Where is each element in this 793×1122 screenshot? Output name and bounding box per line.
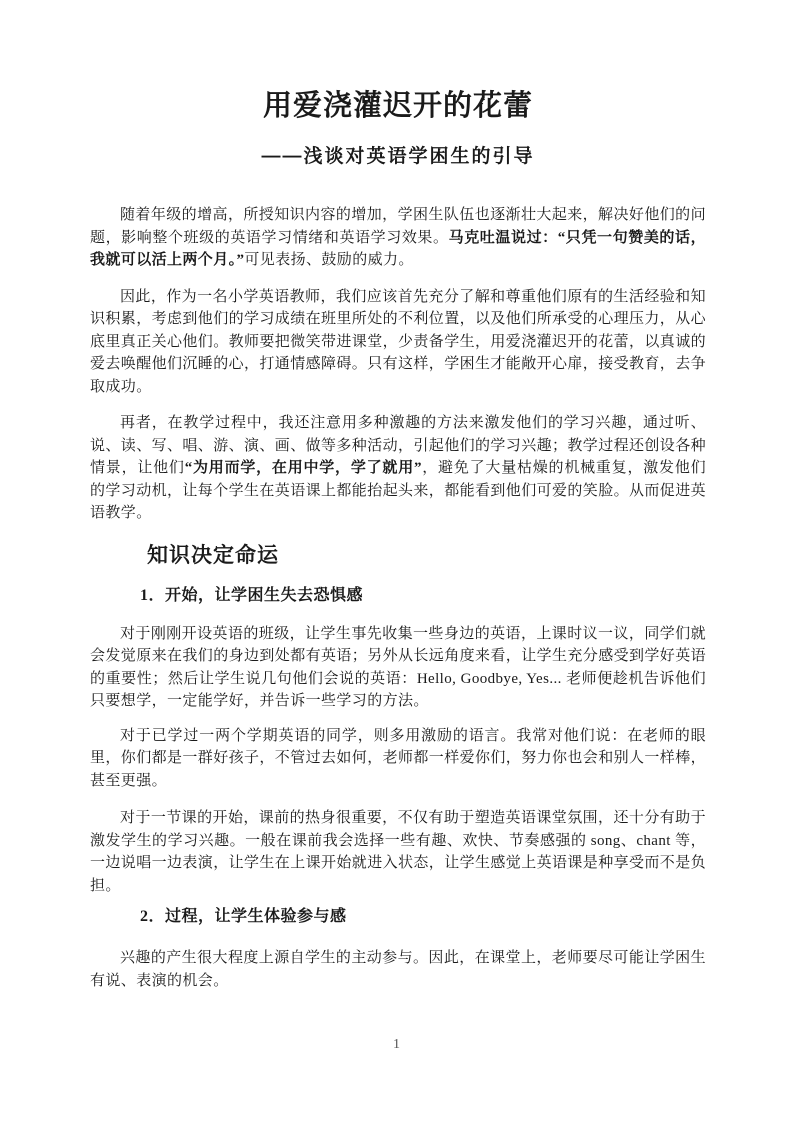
document-page: 用爱浇灌迟开的花蕾 ——浅谈对英语学困生的引导 随着年级的增高，所授知识内容的增…	[0, 0, 793, 1122]
intro-paragraph-2: 因此，作为一名小学英语教师，我们应该首先充分了解和尊重他们原有的生活经验和知识积…	[90, 286, 706, 399]
subsection-2-heading: 2．过程，让学生体验参与感	[90, 906, 706, 927]
intro-paragraph-1: 随着年级的增高，所授知识内容的增加，学困生队伍也逐渐壮大起来，解决好他们的问题，…	[90, 204, 706, 272]
doc-subtitle: ——浅谈对英语学困生的引导	[90, 144, 706, 170]
learning-motto-quote: “为用而学，在用中学，学了就用”	[185, 460, 422, 476]
subsection-2-paragraph-1: 兴趣的产生很大程度上源自学生的主动参与。因此，在课堂上，老师要尽可能让学困生有说…	[90, 947, 706, 992]
section-heading-knowledge-destiny: 知识决定命运	[90, 541, 706, 569]
subsection-1-paragraph-2: 对于已学过一两个学期英语的同学，则多用激励的语言。我常对他们说：在老师的眼里，你…	[90, 725, 706, 793]
subsection-1-paragraph-3: 对于一节课的开始，课前的热身很重要，不仅有助于塑造英语课堂氛围，还十分有助于激发…	[90, 807, 706, 897]
doc-title: 用爱浇灌迟开的花蕾	[90, 0, 706, 124]
page-number: 1	[0, 1036, 793, 1054]
intro-paragraph-3: 再者，在教学过程中，我还注意用多种激趣的方法来激发他们的学习兴趣，通过听、说、读…	[90, 412, 706, 525]
subsection-1-heading: 1．开始，让学困生失去恐惧感	[90, 585, 706, 606]
subsection-1-paragraph-1: 对于刚刚开设英语的班级，让学生事先收集一些身边的英语，上课时议一议，同学们就会发…	[90, 623, 706, 713]
intro-paragraph-1-tail: 可见表扬、鼓励的威力。	[244, 252, 413, 268]
